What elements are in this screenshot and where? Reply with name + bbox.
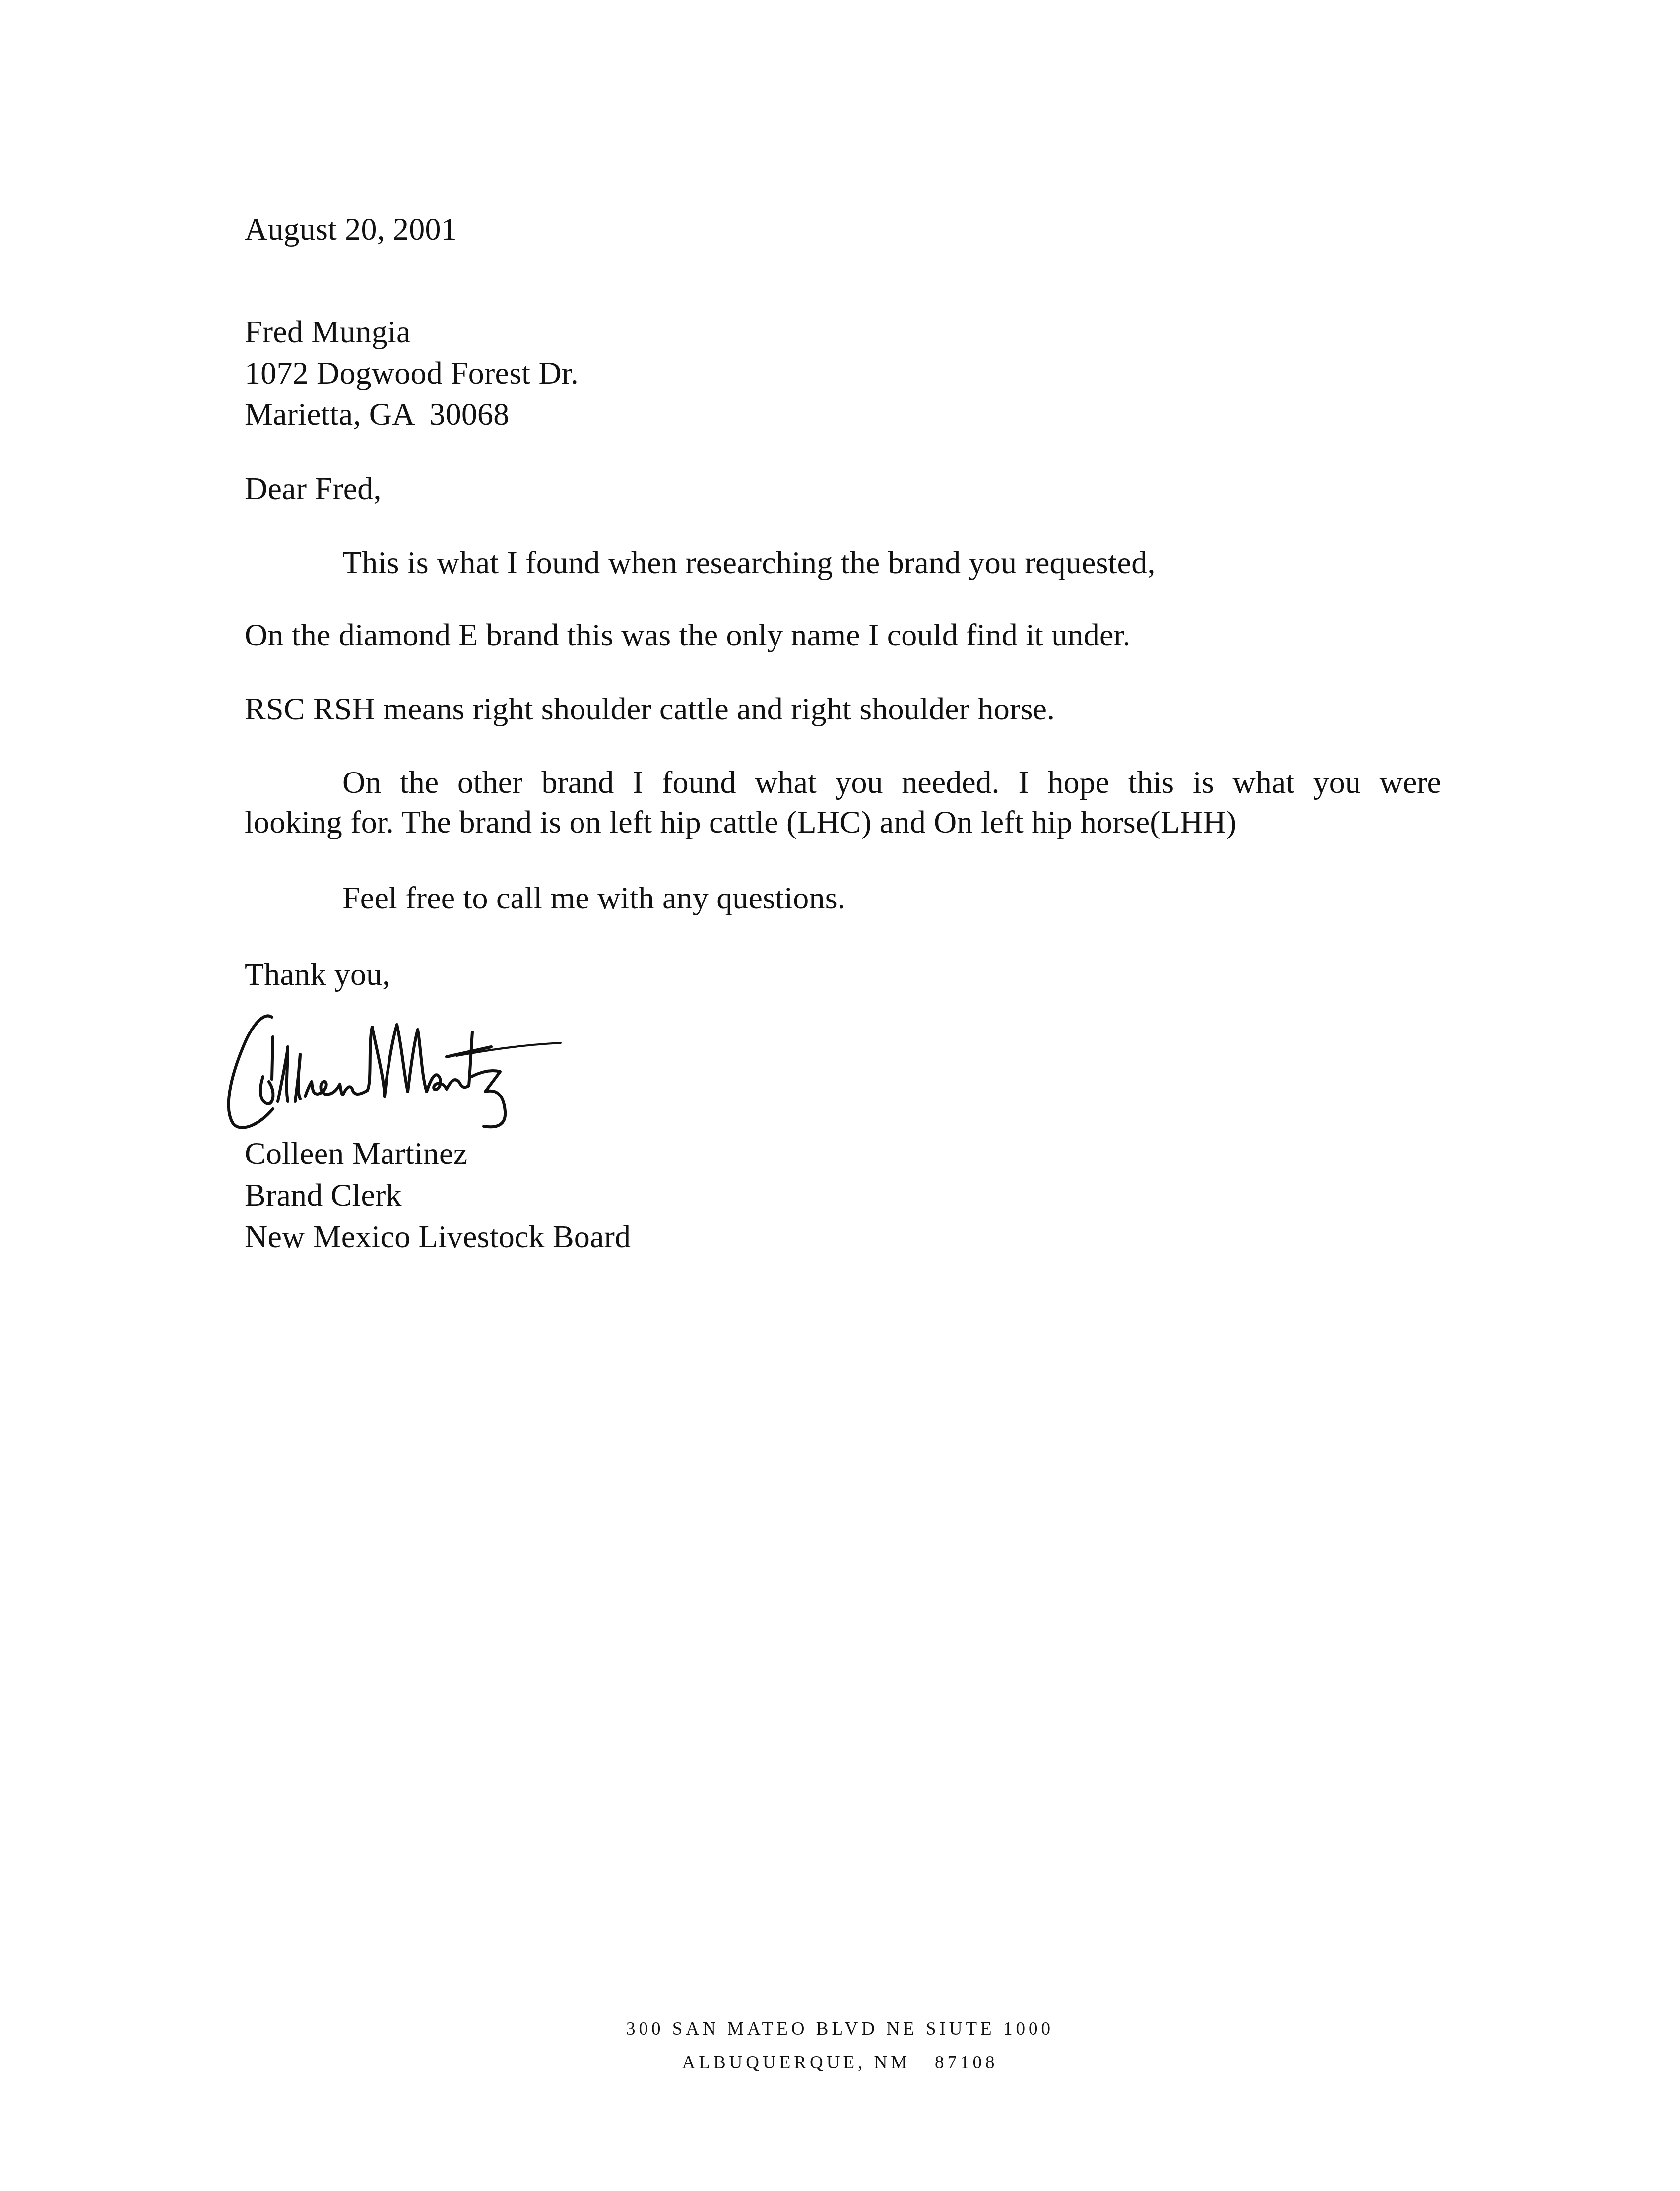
body-paragraph-2: On the diamond E brand this was the only…	[245, 619, 1131, 651]
body-paragraph-4-line-1: On the other brand I found what you need…	[342, 767, 1441, 798]
salutation: Dear Fred,	[245, 473, 382, 505]
body-paragraph-1: This is what I found when researching th…	[342, 547, 1156, 579]
footer-address-line-1: 300 SAN MATEO BLVD NE SIUTE 1000	[0, 2020, 1680, 2038]
recipient-street: 1072 Dogwood Forest Dr.	[245, 357, 579, 389]
recipient-name: Fred Mungia	[245, 316, 411, 348]
letter-page: August 20, 2001 Fred Mungia 1072 Dogwood…	[0, 0, 1680, 2191]
recipient-city-state-zip: Marietta, GA 30068	[245, 398, 510, 430]
footer-address-line-2: ALBUQUERQUE, NM 87108	[0, 2054, 1680, 2072]
body-paragraph-5: Feel free to call me with any questions.	[342, 882, 845, 914]
sender-organization: New Mexico Livestock Board	[245, 1221, 631, 1253]
sender-title: Brand Clerk	[245, 1179, 402, 1211]
letter-date: August 20, 2001	[245, 213, 457, 245]
signature-icon	[213, 1002, 660, 1131]
closing: Thank you,	[245, 959, 390, 990]
sender-name: Colleen Martinez	[245, 1138, 467, 1169]
body-paragraph-3: RSC RSH means right shoulder cattle and …	[245, 693, 1055, 725]
body-paragraph-4-line-2: looking for. The brand is on left hip ca…	[245, 806, 1237, 838]
